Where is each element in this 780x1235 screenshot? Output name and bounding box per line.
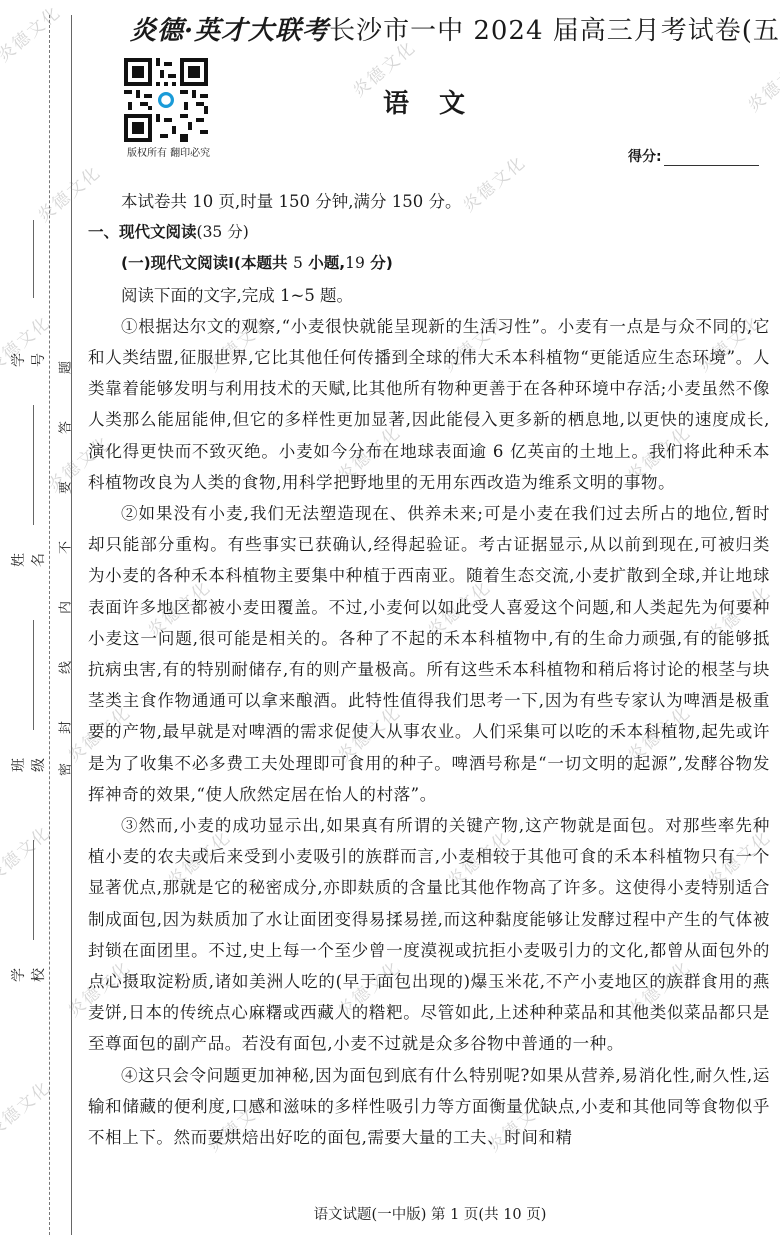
section-title: 一、现代文阅读 xyxy=(88,223,197,241)
passage-paragraph-3: ③然而,小麦的成功显示出,如果真有所谓的关键产物,这产物就是面包。对那些率先种植… xyxy=(88,810,770,1060)
watermark: 炎德文化 xyxy=(0,1073,55,1141)
subsection-end: 分) xyxy=(370,254,393,272)
seal-char: 线 xyxy=(55,660,74,676)
seal-char: 题 xyxy=(55,360,74,376)
seal-char: 要 xyxy=(55,480,74,496)
field-label-name: 姓名 xyxy=(8,550,48,570)
seal-char: 不 xyxy=(55,540,74,556)
exam-content: 本试卷共 10 页,时量 150 分钟,满分 150 分。 一、现代文阅读(35… xyxy=(88,186,770,1153)
subject-title: 语文 xyxy=(383,83,495,120)
seal-border-line xyxy=(71,15,72,1235)
exam-brand: 炎德·英才大联考 xyxy=(130,16,329,46)
reading-instruction: 阅读下面的文字,完成 1~5 题。 xyxy=(88,280,770,311)
watermark: 炎德文化 xyxy=(741,48,780,116)
qr-caption: 版权所有 翻印必究 xyxy=(127,144,210,159)
watermark: 炎德文化 xyxy=(0,0,65,67)
page-footer: 语文试题(一中版) 第 1 页(共 10 页) xyxy=(40,1203,780,1224)
field-label-school: 学校 xyxy=(8,965,48,985)
subsection-heading: (一)现代文阅读Ⅰ(本题共 5 小题,19 分) xyxy=(88,248,770,279)
subsection-mid: 小题, xyxy=(308,254,345,272)
seal-char: 答 xyxy=(55,420,74,436)
field-label-student-id: 学号 xyxy=(8,350,48,370)
passage-paragraph-2: ②如果没有小麦,我们无法塑造现在、供养未来;可是小麦在我们过去所占的地位,暂时却… xyxy=(88,498,770,810)
section-heading: 一、现代文阅读(35 分) xyxy=(88,217,770,248)
exam-info: 本试卷共 10 页,时量 150 分钟,满分 150 分。 xyxy=(88,186,770,217)
score-blank xyxy=(664,165,759,166)
name-line xyxy=(33,405,34,525)
score-field: 得分: xyxy=(628,146,759,166)
field-label-class: 班级 xyxy=(8,755,48,775)
seal-char: 密 xyxy=(55,762,74,778)
subsection-points: 19 xyxy=(345,254,365,272)
seal-dotted-line xyxy=(49,15,50,1235)
subsection-count: 5 xyxy=(293,254,303,272)
seal-char: 内 xyxy=(55,600,74,616)
passage-paragraph-1: ①根据达尔文的观察,“小麦很快就能呈现新的生活习性”。小麦有一点是与众不同的,它… xyxy=(88,311,770,498)
student-id-line xyxy=(33,220,34,298)
class-line xyxy=(33,620,34,730)
section-points: (35 分) xyxy=(197,223,249,241)
qr-code xyxy=(124,58,208,142)
seal-char: 封 xyxy=(55,720,74,736)
score-label: 得分: xyxy=(628,149,662,165)
subsection-title: (一)现代文阅读Ⅰ(本题共 xyxy=(121,254,288,272)
exam-title-text: 长沙市一中 2024 届高三月考试卷(五) xyxy=(329,16,780,46)
qr-code-icon xyxy=(124,58,208,142)
watermark: 炎德文化 xyxy=(0,818,55,886)
passage-paragraph-4: ④这只会令问题更加神秘,因为面包到底有什么特别呢?如果从营养,易消化性,耐久性,… xyxy=(88,1060,770,1154)
exam-title: 炎德·英才大联考长沙市一中 2024 届高三月考试卷(五) xyxy=(130,10,780,47)
school-line xyxy=(33,840,34,940)
